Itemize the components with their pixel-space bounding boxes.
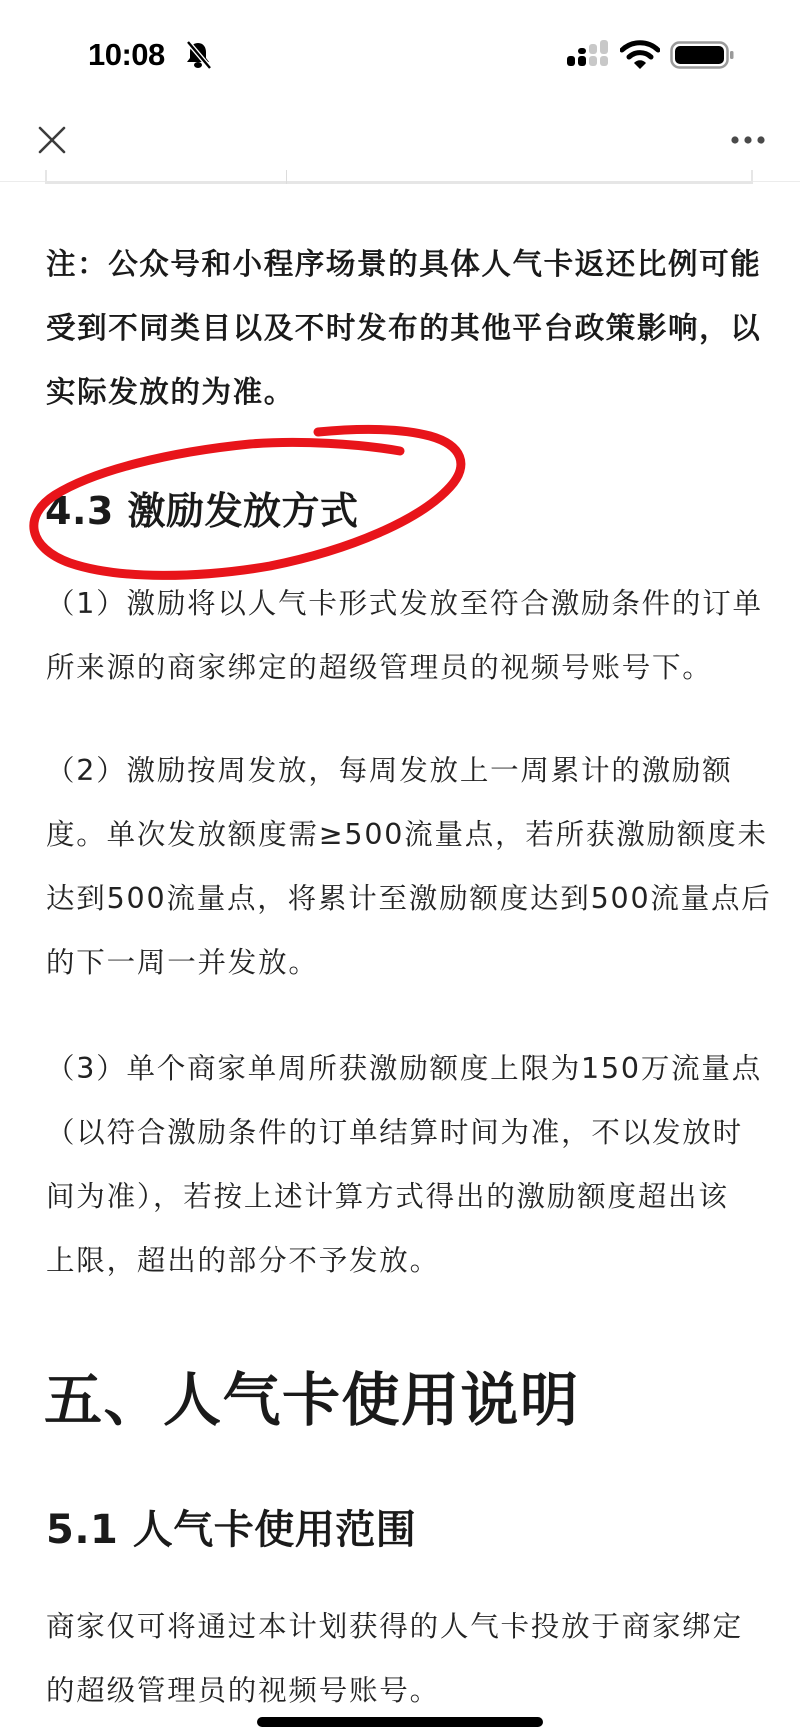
paragraph-line: （以符合激励条件的订单结算时间为准，不以发放时 — [46, 1101, 776, 1165]
section-heading-5: 五、人气卡使用说明 — [44, 1365, 580, 1435]
paragraph-3: （3）单个商家单周所获激励额度上限为150万流量点 （以符合激励条件的订单结算时… — [46, 1037, 776, 1293]
paragraph-line: 的下一周一并发放。 — [46, 931, 776, 995]
paragraph-line: 上限，超出的部分不予发放。 — [46, 1229, 776, 1293]
section-heading-4-3: 4.3 激励发放方式 — [45, 487, 359, 535]
bell-slash-icon — [184, 40, 212, 70]
section-heading-5-1: 5.1 人气卡使用范围 — [46, 1506, 416, 1554]
status-time: 10:08 — [88, 36, 165, 74]
paragraph-5-1: 商家仅可将通过本计划获得的人气卡投放于商家绑定 的超级管理员的视频号账号。 — [46, 1595, 776, 1723]
close-button[interactable] — [30, 118, 74, 162]
paragraph-line: 商家仅可将通过本计划获得的人气卡投放于商家绑定 — [46, 1595, 776, 1659]
note-line: 受到不同类目以及不时发布的其他平台政策影响，以 — [46, 296, 766, 360]
signal-icon — [566, 40, 610, 68]
more-button[interactable] — [724, 124, 772, 156]
paragraph-line: 达到500流量点，将累计至激励额度达到500流量点后 — [46, 867, 776, 931]
paragraph-line: （3）单个商家单周所获激励额度上限为150万流量点 — [46, 1037, 776, 1101]
paragraph-line: 度。单次发放额度需≥500流量点，若所获激励额度未 — [46, 803, 776, 867]
more-icon — [724, 124, 772, 156]
battery-icon — [670, 40, 736, 70]
paragraph-2: （2）激励按周发放，每周发放上一周累计的激励额 度。单次发放额度需≥500流量点… — [46, 739, 776, 995]
paragraph-line: 间为准），若按上述计算方式得出的激励额度超出该 — [46, 1165, 776, 1229]
paragraph-1: （1）激励将以人气卡形式发放至符合激励条件的订单 所来源的商家绑定的超级管理员的… — [46, 572, 776, 700]
close-icon — [30, 118, 74, 162]
note-paragraph: 注：公众号和小程序场景的具体人气卡返还比例可能 受到不同类目以及不时发布的其他平… — [46, 232, 766, 424]
paragraph-line: （1）激励将以人气卡形式发放至符合激励条件的订单 — [46, 572, 776, 636]
table-bottom-edge — [45, 170, 753, 184]
paragraph-line: 的超级管理员的视频号账号。 — [46, 1659, 776, 1723]
note-line: 注：公众号和小程序场景的具体人气卡返还比例可能 — [46, 232, 766, 296]
paragraph-line: （2）激励按周发放，每周发放上一周累计的激励额 — [46, 739, 776, 803]
paragraph-line: 所来源的商家绑定的超级管理员的视频号账号下。 — [46, 636, 776, 700]
note-line: 实际发放的为准。 — [46, 360, 766, 424]
home-indicator[interactable] — [257, 1717, 543, 1727]
wifi-icon — [620, 40, 660, 70]
table-column-divider — [286, 170, 287, 184]
